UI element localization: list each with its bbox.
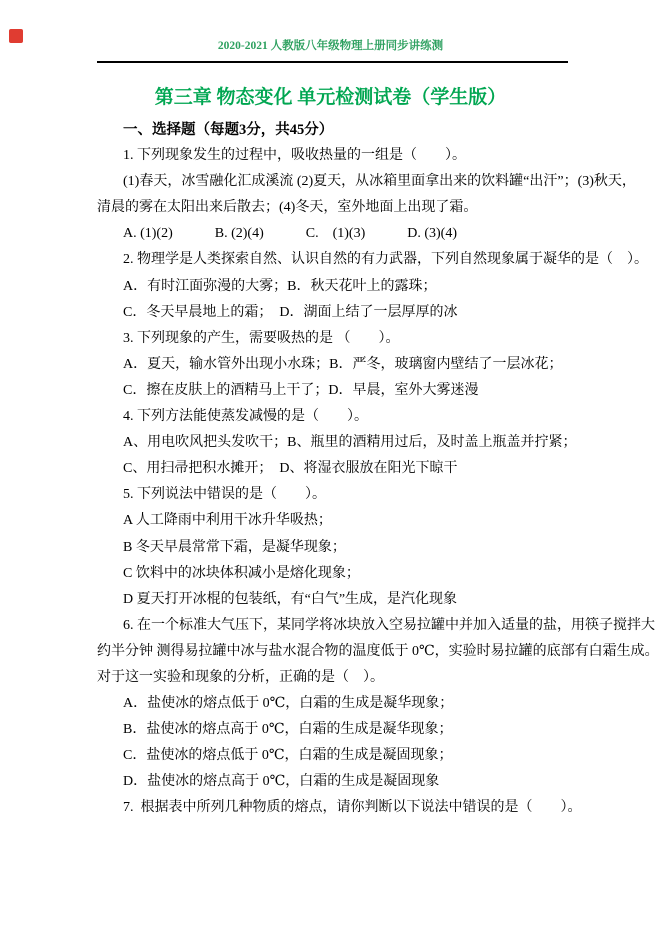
question-5-stem: 5. 下列说法中错误的是（ ）。 [97,482,587,508]
question-6-option-d: D．盐使冰的熔点高于 0℃，白霜的生成是凝固现象 [97,769,587,795]
question-3-stem: 3. 下列现象的产生，需要吸热的是 （ ）。 [97,326,587,352]
question-6-option-b: B．盐使冰的熔点高于 0℃，白霜的生成是凝华现象； [97,717,587,743]
question-1-stem: 1. 下列现象发生的过程中，吸收热量的一组是（ ）。 [97,143,587,169]
question-5-option-a: A 人工降雨中利用干冰升华吸热； [97,508,587,534]
page-header-text: 2020-2021 人教版八年级物理上册同步讲练测 [0,37,661,53]
question-2-options-cd: C．冬天早晨地上的霜； D．湖面上结了一层厚厚的冰 [97,300,587,326]
question-6-stem-line-3: 对于这一实验和现象的分析，正确的是（ ）。 [97,665,587,691]
question-6-option-a: A．盐使冰的熔点低于 0℃，白霜的生成是凝华现象； [97,691,587,717]
question-2-options-ab: A．有时江面弥漫的大雾；B．秋天花叶上的露珠； [97,274,587,300]
section-heading: 一、选择题（每题3分，共45分） [97,117,587,143]
question-2-stem: 2. 物理学是人类探索自然、认识自然的有力武器，下列自然现象属于凝华的是（ ）。 [97,247,587,273]
question-5-option-c: C 饮料中的冰块体积减小是熔化现象； [97,561,587,587]
question-4-options-ab: A、用电吹风把头发吹干；B、瓶里的酒精用过后，及时盖上瓶盖并拧紧； [97,430,587,456]
question-5-option-d: D 夏天打开冰棍的包装纸，有“白气”生成，是汽化现象 [97,587,587,613]
question-7-stem: 7. 根据表中所列几种物质的熔点，请你判断以下说法中错误的是（ ）。 [97,795,587,821]
question-1-items-line-2: 清晨的雾在太阳出来后散去；(4)冬天，室外地面上出现了霜。 [97,195,587,221]
question-1-items-line-1: (1)春天，冰雪融化汇成溪流 (2)夏天，从冰箱里面拿出来的饮料罐“出汗”；(3… [97,169,587,195]
question-4-options-cd: C、用扫帚把积水摊开； D、将湿衣服放在阳光下晾干 [97,456,587,482]
question-1-options: A. (1)(2) B. (2)(4) C. (1)(3) D. (3)(4) [97,221,587,247]
question-6-stem-line-1: 6. 在一个标准大气压下，某同学将冰块放入空易拉罐中并加入适量的盐，用筷子搅拌大 [97,613,587,639]
question-6-stem-line-2: 约半分钟 测得易拉罐中冰与盐水混合物的温度低于 0℃，实验时易拉罐的底部有白霜生… [97,639,587,665]
question-3-options-cd: C．擦在皮肤上的酒精马上干了；D．早晨，室外大雾迷漫 [97,378,587,404]
question-5-option-b: B 冬天早晨常常下霜，是凝华现象； [97,535,587,561]
document-body: 一、选择题（每题3分，共45分） 1. 下列现象发生的过程中，吸收热量的一组是（… [97,117,587,822]
question-4-stem: 4. 下列方法能使蒸发减慢的是（ ）。 [97,404,587,430]
header-divider [97,61,568,63]
question-3-options-ab: A．夏天，输水管外出现小水珠；B．严冬，玻璃窗内壁结了一层冰花； [97,352,587,378]
document-page: 2020-2021 人教版八年级物理上册同步讲练测 第三章 物态变化 单元检测试… [0,0,661,935]
document-title: 第三章 物态变化 单元检测试卷（学生版） [0,82,661,109]
question-6-option-c: C．盐使冰的熔点低于 0℃，白霜的生成是凝固现象； [97,743,587,769]
